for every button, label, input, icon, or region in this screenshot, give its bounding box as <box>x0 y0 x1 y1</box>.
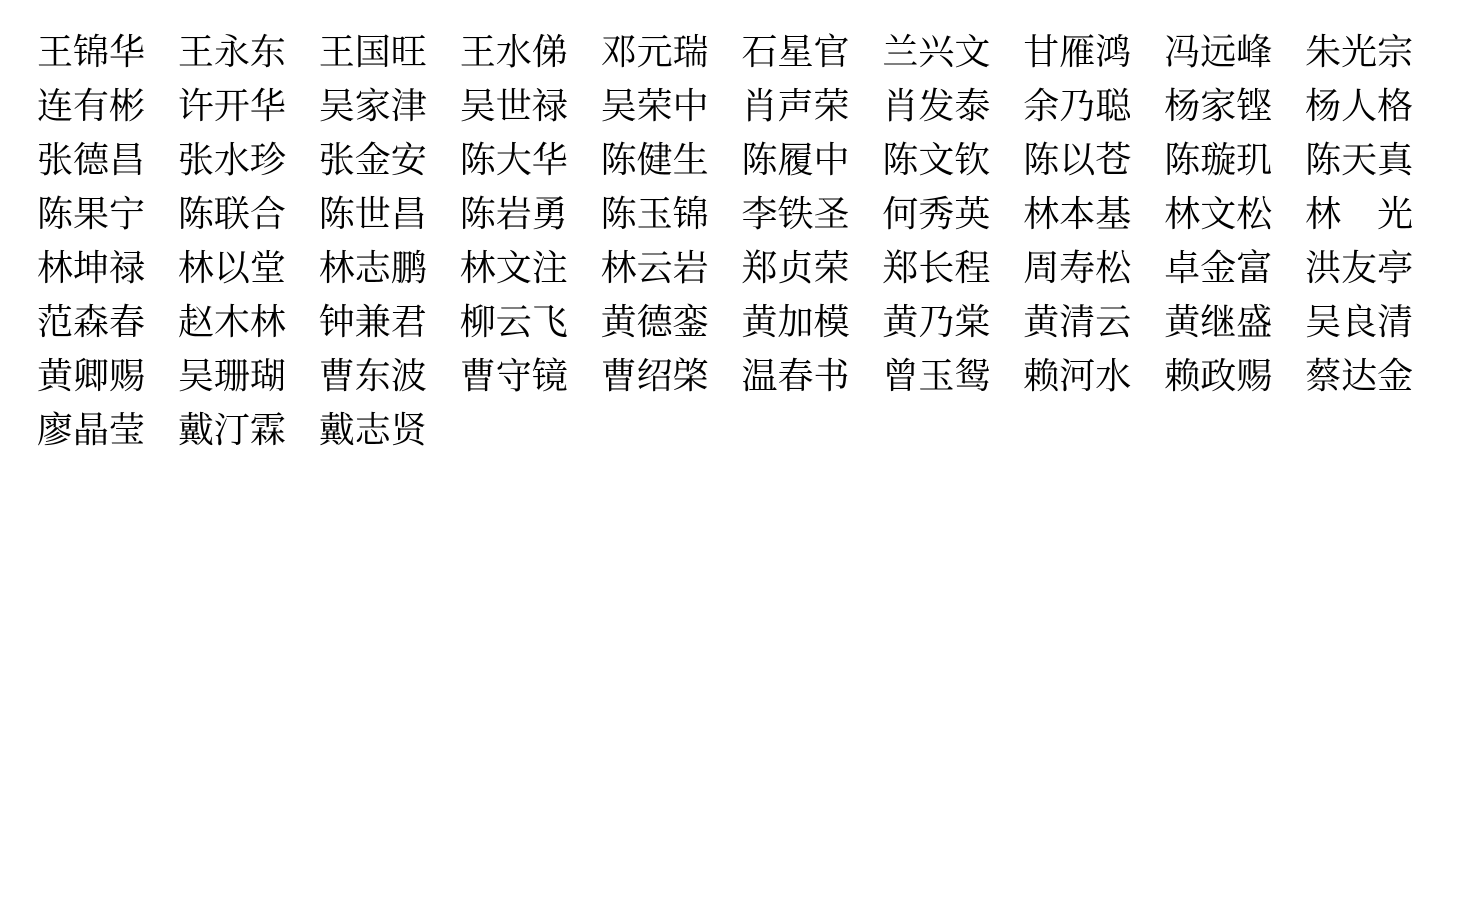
name-item: 兰兴文 <box>882 26 1023 80</box>
name-item: 张德昌 <box>37 134 178 188</box>
name-item: 陈玉锦 <box>601 188 742 242</box>
name-item: 肖发泰 <box>882 80 1023 134</box>
name-item: 朱光宗 <box>1305 26 1446 80</box>
name-item: 甘雁鸿 <box>1023 26 1164 80</box>
name-item: 陈璇玑 <box>1164 134 1305 188</box>
name-item: 张水珍 <box>178 134 319 188</box>
name-item: 陈天真 <box>1305 134 1446 188</box>
name-item: 戴志贤 <box>319 404 460 458</box>
name-item: 陈岩勇 <box>460 188 601 242</box>
name-item: 赖政赐 <box>1164 350 1305 404</box>
name-item: 王国旺 <box>319 26 460 80</box>
name-item: 黄加模 <box>741 296 882 350</box>
name-item: 林以堂 <box>178 242 319 296</box>
name-item: 王水俤 <box>460 26 601 80</box>
name-item: 肖声荣 <box>741 80 882 134</box>
name-item: 洪友亭 <box>1305 242 1446 296</box>
name-item: 林 光 <box>1305 188 1446 242</box>
name-item: 黄德銮 <box>601 296 742 350</box>
name-item: 邓元瑞 <box>601 26 742 80</box>
name-item: 戴汀霖 <box>178 404 319 458</box>
name-item: 陈健生 <box>601 134 742 188</box>
name-item: 连有彬 <box>37 80 178 134</box>
name-item: 陈大华 <box>460 134 601 188</box>
name-item: 曾玉鸳 <box>882 350 1023 404</box>
name-item: 吴良清 <box>1305 296 1446 350</box>
name-item: 何秀英 <box>882 188 1023 242</box>
name-item: 吴世禄 <box>460 80 601 134</box>
name-item: 赖河水 <box>1023 350 1164 404</box>
name-item: 林文注 <box>460 242 601 296</box>
name-item: 林文松 <box>1164 188 1305 242</box>
name-item: 林志鹏 <box>319 242 460 296</box>
name-item: 吴珊瑚 <box>178 350 319 404</box>
name-item: 李铁圣 <box>741 188 882 242</box>
name-item: 林云岩 <box>601 242 742 296</box>
name-item: 杨人格 <box>1305 80 1446 134</box>
name-item: 郑贞荣 <box>741 242 882 296</box>
name-item: 陈世昌 <box>319 188 460 242</box>
name-item: 范森春 <box>37 296 178 350</box>
name-item: 黄清云 <box>1023 296 1164 350</box>
name-item: 卓金富 <box>1164 242 1305 296</box>
name-item: 曹东波 <box>319 350 460 404</box>
name-item: 冯远峰 <box>1164 26 1305 80</box>
name-item: 曹绍棨 <box>601 350 742 404</box>
name-item: 陈文钦 <box>882 134 1023 188</box>
document-page: 王锦华王永东王国旺王水俤邓元瑞石星官兰兴文甘雁鸿冯远峰朱光宗连有彬许开华吴家津吴… <box>0 0 1464 920</box>
name-item: 石星官 <box>741 26 882 80</box>
name-item: 陈果宁 <box>37 188 178 242</box>
name-item: 陈以苍 <box>1023 134 1164 188</box>
name-item: 陈联合 <box>178 188 319 242</box>
name-item: 周寿松 <box>1023 242 1164 296</box>
name-item: 钟兼君 <box>319 296 460 350</box>
name-item: 吴家津 <box>319 80 460 134</box>
name-item: 王永东 <box>178 26 319 80</box>
name-item: 黄乃棠 <box>882 296 1023 350</box>
name-list: 王锦华王永东王国旺王水俤邓元瑞石星官兰兴文甘雁鸿冯远峰朱光宗连有彬许开华吴家津吴… <box>37 26 1446 458</box>
name-item: 林本基 <box>1023 188 1164 242</box>
name-item: 廖晶莹 <box>37 404 178 458</box>
name-item: 王锦华 <box>37 26 178 80</box>
name-item: 黄继盛 <box>1164 296 1305 350</box>
name-item: 蔡达金 <box>1305 350 1446 404</box>
name-item: 黄卿赐 <box>37 350 178 404</box>
name-item: 陈履中 <box>741 134 882 188</box>
name-item: 张金安 <box>319 134 460 188</box>
name-item: 温春书 <box>741 350 882 404</box>
name-item: 曹守镜 <box>460 350 601 404</box>
name-item: 赵木林 <box>178 296 319 350</box>
name-item: 吴荣中 <box>601 80 742 134</box>
name-item: 杨家铿 <box>1164 80 1305 134</box>
name-item: 柳云飞 <box>460 296 601 350</box>
name-item: 许开华 <box>178 80 319 134</box>
name-item: 余乃聪 <box>1023 80 1164 134</box>
name-item: 林坤禄 <box>37 242 178 296</box>
name-item: 郑长程 <box>882 242 1023 296</box>
